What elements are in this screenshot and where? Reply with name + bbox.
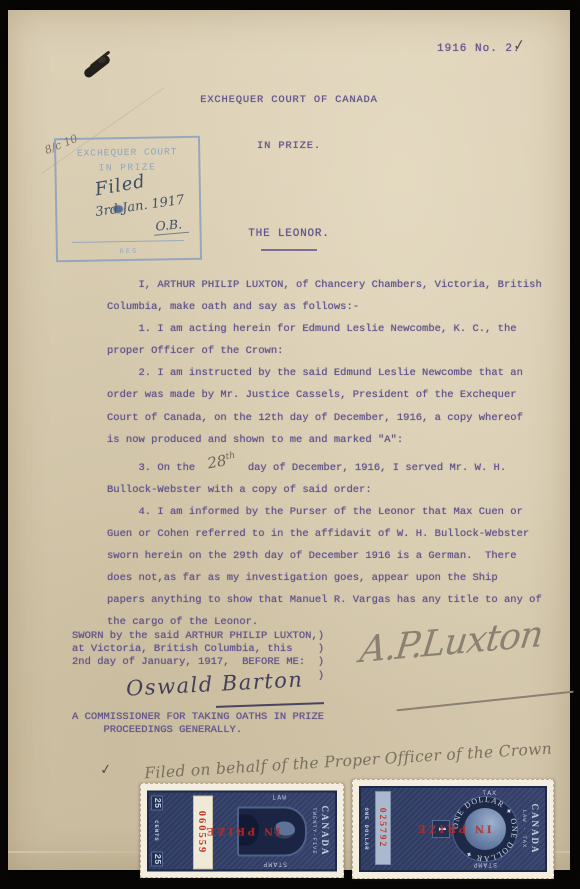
body-line-with-insert: 3. On the 28th day of December, 1916, I … [107,451,542,479]
filing-stamp-prize-label: IN PRIZE [56,161,198,174]
case-name-underline [261,249,317,251]
stamp-cents-label: CENTS [154,820,161,842]
stamp-25-numeral: 25 [151,795,163,810]
stamp-stamp-label: STAMP [262,860,287,867]
body-line: does not,as far as my investigation goes… [107,567,542,589]
stamp-1dollar-design: CANADA LAW · TAX TAX STAMP ONE DOLLAR ✦ … [359,786,547,872]
checkmark-icon: ✓ [512,35,527,55]
filing-stamp-rule [72,240,184,243]
body-line: I, ARTHUR PHILIP LUXTON, of Chancery Cha… [107,274,542,296]
filing-stamp-court-label: EXCHEQUER COURT [56,146,198,159]
jurat-line: at Victoria, British Columbia, this ) [72,643,324,656]
body-line: Bullock-Webster with a copy of said orde… [107,479,542,501]
filing-stamp-box: EXCHEQUER COURT IN PRIZE Filed 3rd Jan. … [54,136,202,263]
stamp-25c-design: CANADA TWENTY-FIVE LAW STAMP 060559 25 C… [147,790,337,871]
body-line: Guen or Cohen referred to in the affidav… [107,523,542,545]
body-line: is now produced and shown to me and mark… [107,429,542,451]
body-line: proper Officer of the Crown: [107,340,542,362]
typed-fragment: 3. On the [107,462,202,474]
stamp-stamp-label: STAMP [472,861,497,868]
stamp-country-label: CANADA [320,792,330,869]
pencil-filed-note: Filed on behalf of the Proper Officer of… [144,738,580,783]
stamp-serial-label: 025792 [375,791,391,865]
commissioner-signature-flourish [216,702,324,707]
commissioner-title: A COMMISSIONER FOR TAKING OATHS IN PRIZE… [72,711,324,737]
body-line: order was made by Mr. Justice Cassels, P… [107,384,542,406]
body-line: sworn herein on the 29th day of December… [107,545,542,567]
jurat-line: SWORN by the said ARTHUR PHILIP LUXTON,) [72,630,324,643]
case-name: THE LEONOR. [8,228,570,240]
commissioner-title-line: PROCEEDINGS GENERALLY. [72,724,324,737]
in-prize-overprint: IN PRIZE [414,822,491,837]
deponent-signature-flourish [396,691,573,711]
stamp-law-tax-label: LAW · TAX [521,788,528,870]
stamp-law-label: LAW [272,794,287,801]
stamp-one-dollar-label: ONE DOLLAR [363,807,370,850]
ink-smudge [82,54,111,80]
handwritten-filed: Filed [93,171,147,201]
commissioner-title-line: A COMMISSIONER FOR TAKING OATHS IN PRIZE [72,711,324,724]
checkmark-icon: ✓ [99,761,113,778]
stamp-country-label: CANADA [530,788,540,870]
in-prize-overprint: IN PRIZE [203,823,280,838]
document-photo: 1916 No. 2. ✓ EXCHEQUER COURT OF CANADA … [0,0,580,889]
body-line: 2. I am instructed by the said Edmund Le… [107,362,542,384]
stamp-denomination-row: 25 CENTS 25 [151,792,163,869]
body-line: 1. I am acting herein for Edmund Leslie … [107,318,542,340]
typed-fragment: day of December, 1916, I served Mr. W. H… [242,462,507,474]
case-number: 1916 No. 2. [437,43,521,55]
body-line: Columbia, make oath and say as follows:- [107,296,542,318]
body-line: Court of Canada, on the 12th day of Dece… [107,407,542,429]
affidavit-body: I, ARTHUR PHILIP LUXTON, of Chancery Cha… [107,274,542,634]
court-title: EXCHEQUER COURT OF CANADA [8,94,570,106]
stamp-serial-number: 025792 [377,808,387,849]
revenue-stamp-1dollar: CANADA LAW · TAX TAX STAMP ONE DOLLAR ✦ … [352,779,554,879]
stamp-25-numeral: 25 [151,851,163,866]
stamp-denomination-row: ONE DOLLAR [363,788,370,870]
filing-stamp-reg-label: REG [58,247,200,257]
body-line: 4. I am informed by the Purser of the Le… [107,501,542,523]
affidavit-page: 1916 No. 2. ✓ EXCHEQUER COURT OF CANADA … [8,10,570,870]
revenue-stamp-25c: CANADA TWENTY-FIVE LAW STAMP 060559 25 C… [140,783,344,878]
stamp-value-tablet: TWENTY-FIVE [311,792,318,869]
body-line: papers anything to show that Manuel R. V… [107,589,542,611]
